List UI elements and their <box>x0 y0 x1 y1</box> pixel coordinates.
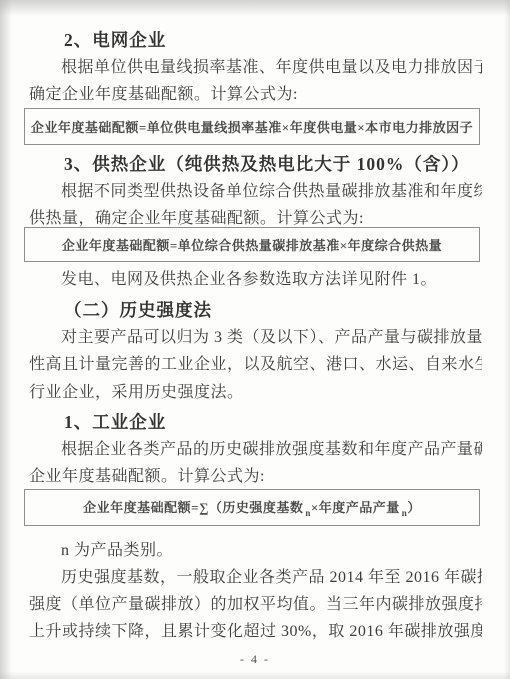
formula-text: 企业年度基础配额=单位供电量线损率基准×年度供电量×本市电力排放因子 <box>31 117 473 136</box>
body-line: 强度（单位产量碳排放）的加权平均值。当三年内碳排放强度持续 <box>29 594 482 616</box>
formula-pre: 企业年度基础配额=∑（历史强度基数 <box>83 500 303 515</box>
body-line: 企业年度基础配额。计算公式为: <box>29 466 482 488</box>
heading-historical-intensity: （二）历史强度法 <box>29 299 482 321</box>
heading-industrial-enterprise: 1、工业企业 <box>29 411 482 433</box>
body-line: 根据单位供电量线损率基准、年度供电量以及电力排放因子， <box>29 57 482 79</box>
formula-box-heating: 企业年度基础配额=单位综合供热量碳排放基准×年度综合供热量 <box>24 227 480 262</box>
document-page: 2、电网企业 根据单位供电量线损率基准、年度供电量以及电力排放因子， 确定企业年… <box>0 0 510 679</box>
heading-grid-enterprise: 2、电网企业 <box>29 29 482 51</box>
formula-box-grid: 企业年度基础配额=单位供电量线损率基准×年度供电量×本市电力排放因子 <box>24 108 480 145</box>
formula-text: 企业年度基础配额=单位综合供热量碳排放基准×年度综合供热量 <box>62 235 442 254</box>
formula-mid: ×年度产品产量 <box>311 500 400 515</box>
body-line: 发电、电网及供热企业各参数选取方法详见附件 1。 <box>29 269 482 291</box>
body-line: 根据不同类型供热设备单位综合供热量碳排放基准和年度综合 <box>29 181 482 203</box>
body-line: 上升或持续下降，且累计变化超过 30%，取 2016 年碳排放强度数据； <box>29 621 482 643</box>
page-number: - 4 - <box>0 652 510 667</box>
formula-text: 企业年度基础配额=∑（历史强度基数n×年度产品产量n） <box>83 497 421 518</box>
body-line: n 为产品类别。 <box>29 540 482 562</box>
body-line: 行业企业，采用历史强度法。 <box>29 382 482 404</box>
formula-box-industry: 企业年度基础配额=∑（历史强度基数n×年度产品产量n） <box>24 489 480 526</box>
formula-post: ） <box>407 500 421 515</box>
body-line: 确定企业年度基础配额。计算公式为: <box>29 84 482 106</box>
body-line: 历史强度基数，一般取企业各类产品 2014 年至 2016 年碳排放 <box>29 567 482 589</box>
body-line: 性高且计量完善的工业企业，以及航空、港口、水运、自来水生产 <box>29 354 482 376</box>
body-line: 对主要产品可以归为 3 类（及以下）、产品产量与碳排放量相关 <box>29 327 482 349</box>
body-line: 根据企业各类产品的历史碳排放强度基数和年度产品产量确定 <box>29 439 482 461</box>
heading-heating-enterprise: 3、供热企业（纯供热及热电比大于 100%（含）） <box>29 153 482 175</box>
